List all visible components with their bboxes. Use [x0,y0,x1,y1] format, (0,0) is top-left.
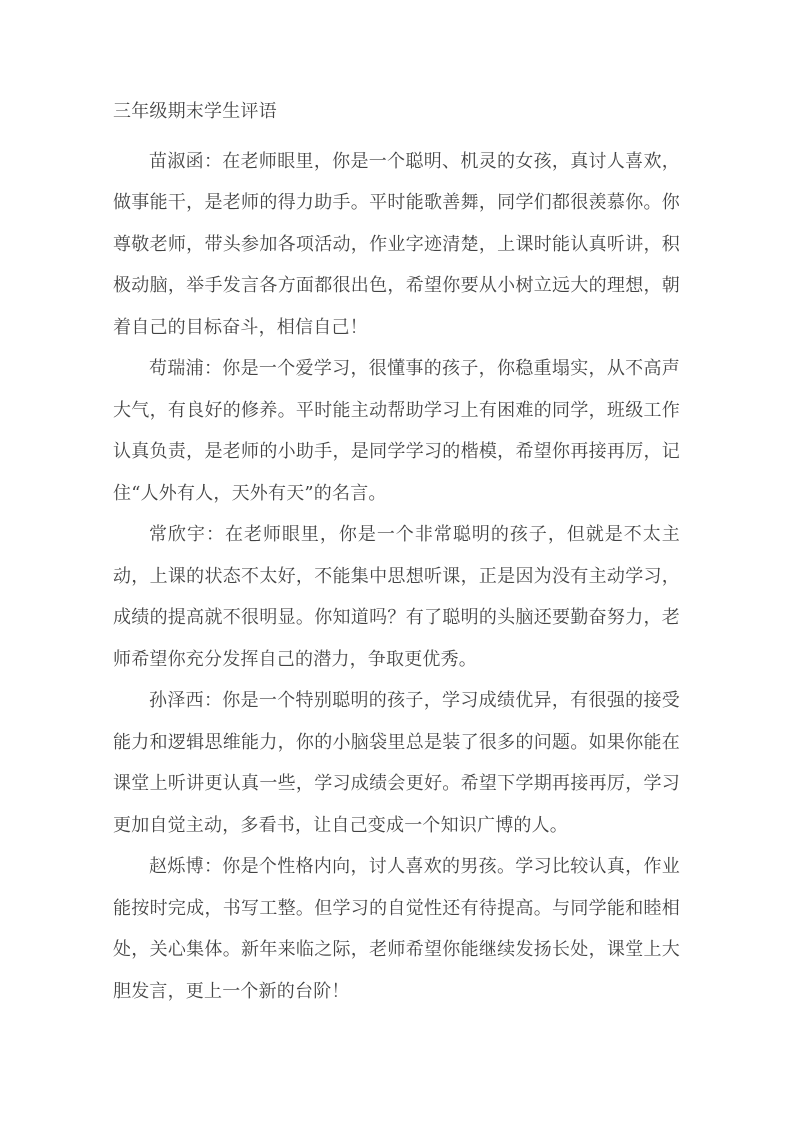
document-page: 三年级期末学生评语 苗淑函：在老师眼里，你是一个聪明、机灵的女孩，真讨人喜欢，做… [0,0,793,1122]
student-comment-paragraph-5: 赵烁博：你是个性格内向，讨人喜欢的男孩。学习比较认真，作业能按时完成，书写工整。… [113,846,680,1012]
student-comment-paragraph-2: 苟瑞浦：你是一个爱学习，很懂事的孩子，你稳重塌实，从不高声大气，有良好的修养。平… [113,348,680,514]
student-comment-paragraph-1: 苗淑函：在老师眼里，你是一个聪明、机灵的女孩，真讨人喜欢，做事能干，是老师的得力… [113,141,680,349]
student-comment-paragraph-4: 孙泽西：你是一个特别聪明的孩子，学习成绩优异，有很强的接受能力和逻辑思维能力，你… [113,680,680,846]
document-title: 三年级期末学生评语 [113,91,680,133]
student-comment-paragraph-3: 常欣宇：在老师眼里，你是一个非常聪明的孩子，但就是不太主动，上课的状态不太好，不… [113,514,680,680]
